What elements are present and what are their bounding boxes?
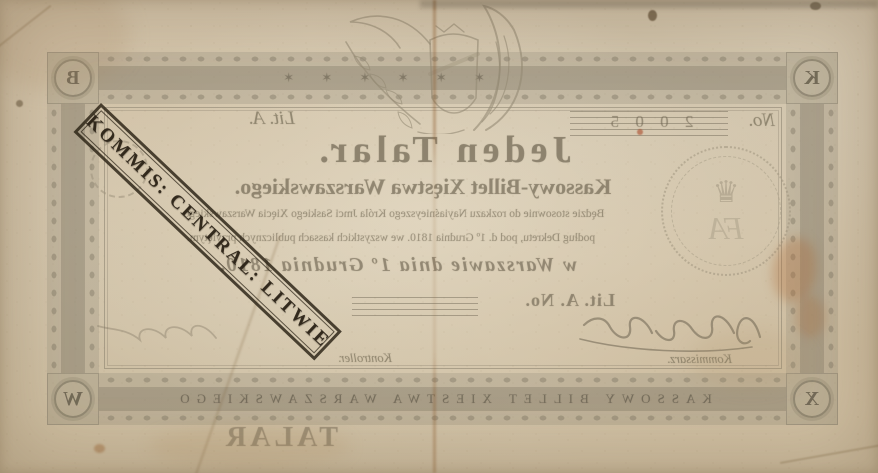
center-fold-crease <box>433 0 436 473</box>
crown-icon: ♛ <box>713 175 740 210</box>
denomination-title: Jeden Talar. <box>273 128 613 172</box>
corner-letter-medallion: X <box>793 380 831 418</box>
showthrough-layer: K B X W ✶ ✶ ✶ ✶ ✶ ✶ KASSOWY BILLET XIEST… <box>0 0 878 473</box>
corner-letter-medallion: K <box>793 59 831 97</box>
ink-spot <box>16 100 23 107</box>
serial-digits: 2 0 0 5 <box>605 112 694 132</box>
serial-label: No. <box>748 110 775 132</box>
embossed-seal-crown-cypher: ♛ FA <box>671 156 781 266</box>
note-subtitle: Kassowy-Billet Xięstwa Warszawskiego. <box>203 174 643 200</box>
saxon-arms-watermark <box>328 2 548 134</box>
frame-corner-bottom-right: W <box>47 373 99 425</box>
lit-label: Lit. A. <box>248 108 295 130</box>
corner-letter: K <box>804 67 820 90</box>
frame-corner-top-left: K <box>786 52 838 104</box>
kontroller-signature-script <box>90 312 222 350</box>
kontroller-label: Kontroller. <box>338 351 392 366</box>
series-number-field <box>352 292 478 317</box>
embossed-seal: ♛ FA <box>661 146 791 276</box>
rust-stain <box>795 296 825 338</box>
foxing-spot <box>637 129 643 135</box>
banknote-reverse-photo: K B X W ✶ ✶ ✶ ✶ ✶ ✶ KASSOWY BILLET XIEST… <box>0 0 878 473</box>
corner-letter: X <box>805 388 819 411</box>
foxing-spot <box>94 444 105 453</box>
bottom-band-text: KASSOWY BILLET XIESTWA WARSZAWSKIEGO <box>99 373 786 425</box>
ink-spot <box>648 10 657 21</box>
corner-letter-medallion: W <box>54 380 92 418</box>
top-edge-shadow <box>420 0 878 8</box>
royal-cypher: FA <box>709 210 744 247</box>
soft-stain <box>150 425 350 467</box>
soft-stain <box>690 330 810 390</box>
frame-corner-bottom-left: X <box>786 373 838 425</box>
corner-letter: W <box>63 388 83 411</box>
